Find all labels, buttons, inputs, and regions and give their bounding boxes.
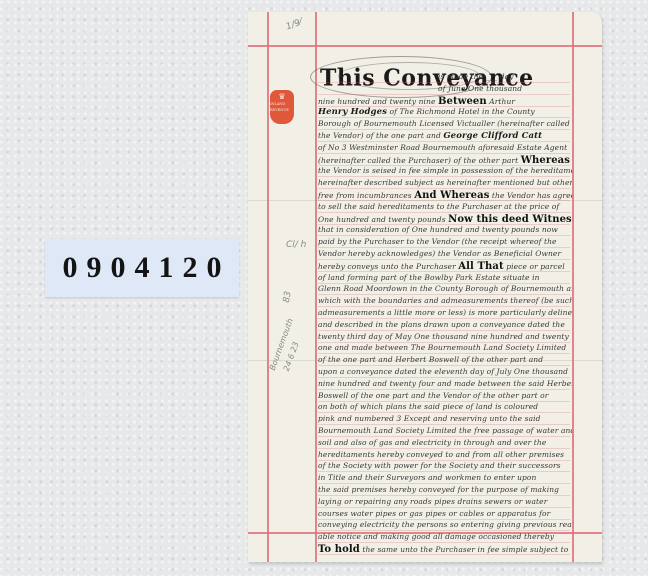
body-line: pink and numbered 3 Except and reserving…	[318, 414, 572, 423]
body-line: Boswell of the one part and the Vendor o…	[318, 391, 572, 400]
body-line: hereinafter described subject as hereina…	[318, 178, 572, 187]
margin-rule-inner	[315, 12, 317, 562]
body-line: admeasurements a little more or less) is…	[318, 308, 572, 317]
catalog-number-label: 0904120	[45, 239, 239, 297]
body-line: the Vendor) of the one part and George C…	[318, 131, 572, 141]
body-line: of the Society with power for the Societ…	[318, 461, 572, 470]
body-line: (hereinafter called the Purchaser) of th…	[318, 155, 572, 166]
party-name: Henry Hodges	[318, 107, 387, 117]
body-line: hereby conveys unto the Purchaser All Th…	[318, 261, 572, 272]
body-line: the said premises hereby conveyed for th…	[318, 485, 572, 494]
body-line: paid by the Purchaser to the Vendor (the…	[318, 237, 572, 246]
conveyance-document: 1/9⁄ Cl/ h 83 Bournemouth 24 6 23 ♛ INLA…	[248, 12, 602, 562]
blackletter-keyword: Between	[438, 96, 487, 107]
body-line: To hold the same unto the Purchaser in f…	[318, 544, 572, 555]
body-line: twenty third day of May One thousand nin…	[318, 332, 572, 341]
pencil-note-margin: Cl/ h	[286, 240, 306, 250]
body-line: free from incumbrances And Whereas the V…	[318, 190, 572, 201]
body-line: to sell the said hereditaments to the Pu…	[318, 202, 572, 211]
blackletter-keyword: Now this deed Witnesseth	[448, 214, 572, 225]
body-line: courses water pipes or gas pipes or cabl…	[318, 509, 572, 518]
margin-rule-outer	[267, 12, 269, 562]
body-line: hereditaments hereby conveyed to and fro…	[318, 450, 572, 459]
body-line: nine hundred and twenty nine Between Art…	[318, 96, 572, 107]
body-line: Henry Hodges of The Richmond Hotel in th…	[318, 107, 572, 117]
body-line: that in consideration of One hundred and…	[318, 225, 572, 234]
body-line: laying or repairing any roads pipes drai…	[318, 497, 572, 506]
body-line: conveying electricity the persons so ent…	[318, 520, 572, 529]
revenue-stamp-seal: ♛ INLAND REVENUE	[270, 90, 294, 124]
pencil-note-top: 1/9⁄	[285, 18, 303, 33]
body-line: Glenn Road Moordown in the County Boroug…	[318, 284, 572, 293]
body-line: of June One thousand	[438, 84, 572, 93]
body-line: able notice and making good all damage o…	[318, 532, 572, 541]
body-line: is made the ___ day	[438, 72, 572, 81]
pencil-note-margin: 83	[282, 290, 294, 303]
body-line: Vendor hereby acknowledges) the Vendor a…	[318, 249, 572, 258]
body-line: of No 3 Westminster Road Bournemouth afo…	[318, 143, 572, 152]
body-line: One hundred and twenty pounds Now this d…	[318, 214, 572, 225]
body-line: Bournemouth Land Society Limited the fre…	[318, 426, 572, 435]
catalog-number: 0904120	[63, 251, 231, 285]
top-rule	[248, 45, 602, 47]
body-line: the Vendor is seised in fee simple in po…	[318, 166, 572, 175]
party-name: George Clifford Catt	[443, 131, 542, 141]
body-line: on both of which plans the said piece of…	[318, 402, 572, 411]
blackletter-keyword: Whereas	[521, 155, 570, 166]
body-line: soil and also of gas and electricity in …	[318, 438, 572, 447]
body-line: of land forming part of the Bowlby Park …	[318, 273, 572, 282]
body-line: one and made between The Bournemouth Lan…	[318, 343, 572, 352]
body-line: which with the boundaries and admeasurem…	[318, 296, 572, 305]
body-line: upon a conveyance dated the eleventh day…	[318, 367, 572, 376]
body-line: and described in the plans drawn upon a …	[318, 320, 572, 329]
body-line: of the one part and Herbert Boswell of t…	[318, 355, 572, 364]
body-line: nine hundred and twenty four and made be…	[318, 379, 572, 388]
blackletter-keyword: All That	[458, 261, 503, 272]
margin-rule-right	[572, 12, 574, 562]
blackletter-keyword: To hold	[318, 544, 360, 555]
blackletter-keyword: And Whereas	[414, 190, 489, 201]
crown-icon: ♛	[278, 93, 285, 101]
body-line: Borough of Bournemouth Licensed Victuall…	[318, 119, 572, 128]
body-line: in Title and their Surveyors and workmen…	[318, 473, 572, 482]
